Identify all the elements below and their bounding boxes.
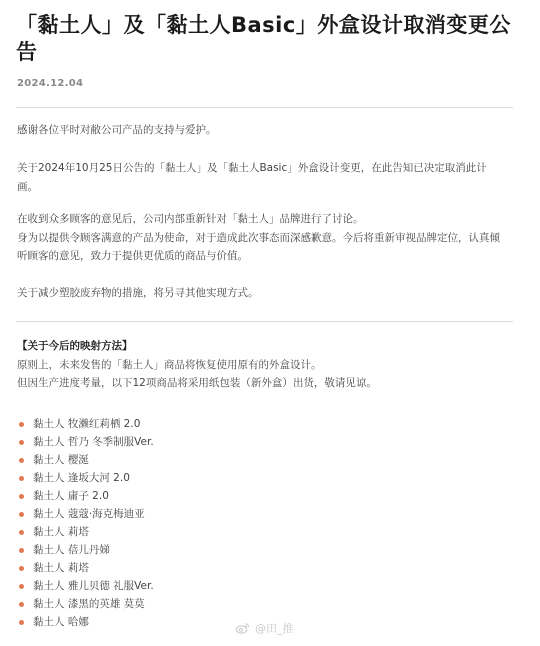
product-name: 黏土人 莉塔 <box>33 526 89 538</box>
product-list: 黏土人 牧濑红莉栖 2.0 黏土人 哲乃 冬季制服Ver. 黏土人 樱涎 黏土人… <box>17 415 154 631</box>
bullet-dot-icon <box>19 422 24 427</box>
list-item: 黏土人 雅儿贝德 礼服Ver. <box>17 577 154 595</box>
bullet-dot-icon <box>19 530 24 535</box>
product-name: 黏土人 蔻蔻·海克梅迪亚 <box>33 508 145 520</box>
product-name: 黏土人 漆黑的英雄 莫莫 <box>33 598 145 610</box>
section-line-principle: 原则上，未来发售的「黏土人」商品将恢复使用原有的外盒设计。 <box>17 356 507 375</box>
list-item: 黏土人 蔻蔻·海克梅迪亚 <box>17 505 154 523</box>
watermark-text: @田_推 <box>255 620 294 636</box>
product-name: 黏土人 逢坂大河 2.0 <box>33 472 130 484</box>
publish-date: 2024.12.04 <box>17 78 83 89</box>
paragraph-thanks: 感谢各位平时对敝公司产品的支持与爱护。 <box>17 121 507 140</box>
product-name: 黏土人 樱涎 <box>33 454 89 466</box>
announcement-page: 「黏土人」及「黏土人Basic」外盒设计取消变更公告 2024.12.04 感谢… <box>0 0 540 646</box>
list-item: 黏土人 莉塔 <box>17 559 154 577</box>
list-item: 黏土人 逢坂大河 2.0 <box>17 469 154 487</box>
bullet-dot-icon <box>19 440 24 445</box>
bullet-dot-icon <box>19 566 24 571</box>
bullet-dot-icon <box>19 548 24 553</box>
product-name: 黏土人 牧濑红莉栖 2.0 <box>33 418 140 430</box>
product-name: 黏土人 哈娜 <box>33 616 89 628</box>
list-item: 黏土人 蓓儿丹娣 <box>17 541 154 559</box>
divider <box>16 321 513 322</box>
paragraph-cancellation: 关于2024年10月25日公告的「黏土人」及「黏土人Basic」外盒设计变更，在… <box>17 159 507 196</box>
bullet-dot-icon <box>19 584 24 589</box>
watermark: @田_推 <box>235 620 294 636</box>
section-heading: 【关于今后的映射方法】 <box>17 337 507 356</box>
product-name: 黏土人 哲乃 冬季制服Ver. <box>33 436 154 448</box>
list-item: 黏土人 庸子 2.0 <box>17 487 154 505</box>
product-name: 黏土人 蓓儿丹娣 <box>33 544 110 556</box>
section-line-exception: 但因生产进度考量，以下12项商品将采用纸包装（新外盒）出货，敬请见谅。 <box>17 374 507 393</box>
bullet-dot-icon <box>19 476 24 481</box>
list-item: 黏土人 哲乃 冬季制服Ver. <box>17 433 154 451</box>
list-item: 黏土人 漆黑的英雄 莫莫 <box>17 595 154 613</box>
product-name: 黏土人 庸子 2.0 <box>33 490 109 502</box>
bullet-dot-icon <box>19 458 24 463</box>
paragraph-apology: 身为以提供令顾客满意的产品为使命，对于造成此次事态而深感歉意。今后将重新审视品牌… <box>17 229 507 266</box>
bullet-dot-icon <box>19 494 24 499</box>
bullet-dot-icon <box>19 512 24 517</box>
divider <box>16 107 513 108</box>
bullet-dot-icon <box>19 620 24 625</box>
paragraph-discussion: 在收到众多顾客的意见后，公司内部重新针对「黏土人」品牌进行了讨论。 <box>17 210 507 229</box>
list-item: 黏土人 牧濑红莉栖 2.0 <box>17 415 154 433</box>
product-name: 黏土人 雅儿贝德 礼服Ver. <box>33 580 154 592</box>
list-item: 黏土人 莉塔 <box>17 523 154 541</box>
page-title: 「黏土人」及「黏土人Basic」外盒设计取消变更公告 <box>16 12 516 66</box>
list-item: 黏土人 樱涎 <box>17 451 154 469</box>
product-name: 黏土人 莉塔 <box>33 562 89 574</box>
weibo-icon <box>235 622 251 634</box>
bullet-dot-icon <box>19 602 24 607</box>
paragraph-plastic-reduction: 关于减少塑胶废弃物的措施，将另寻其他实现方式。 <box>17 284 507 303</box>
list-item: 黏土人 哈娜 <box>17 613 154 631</box>
